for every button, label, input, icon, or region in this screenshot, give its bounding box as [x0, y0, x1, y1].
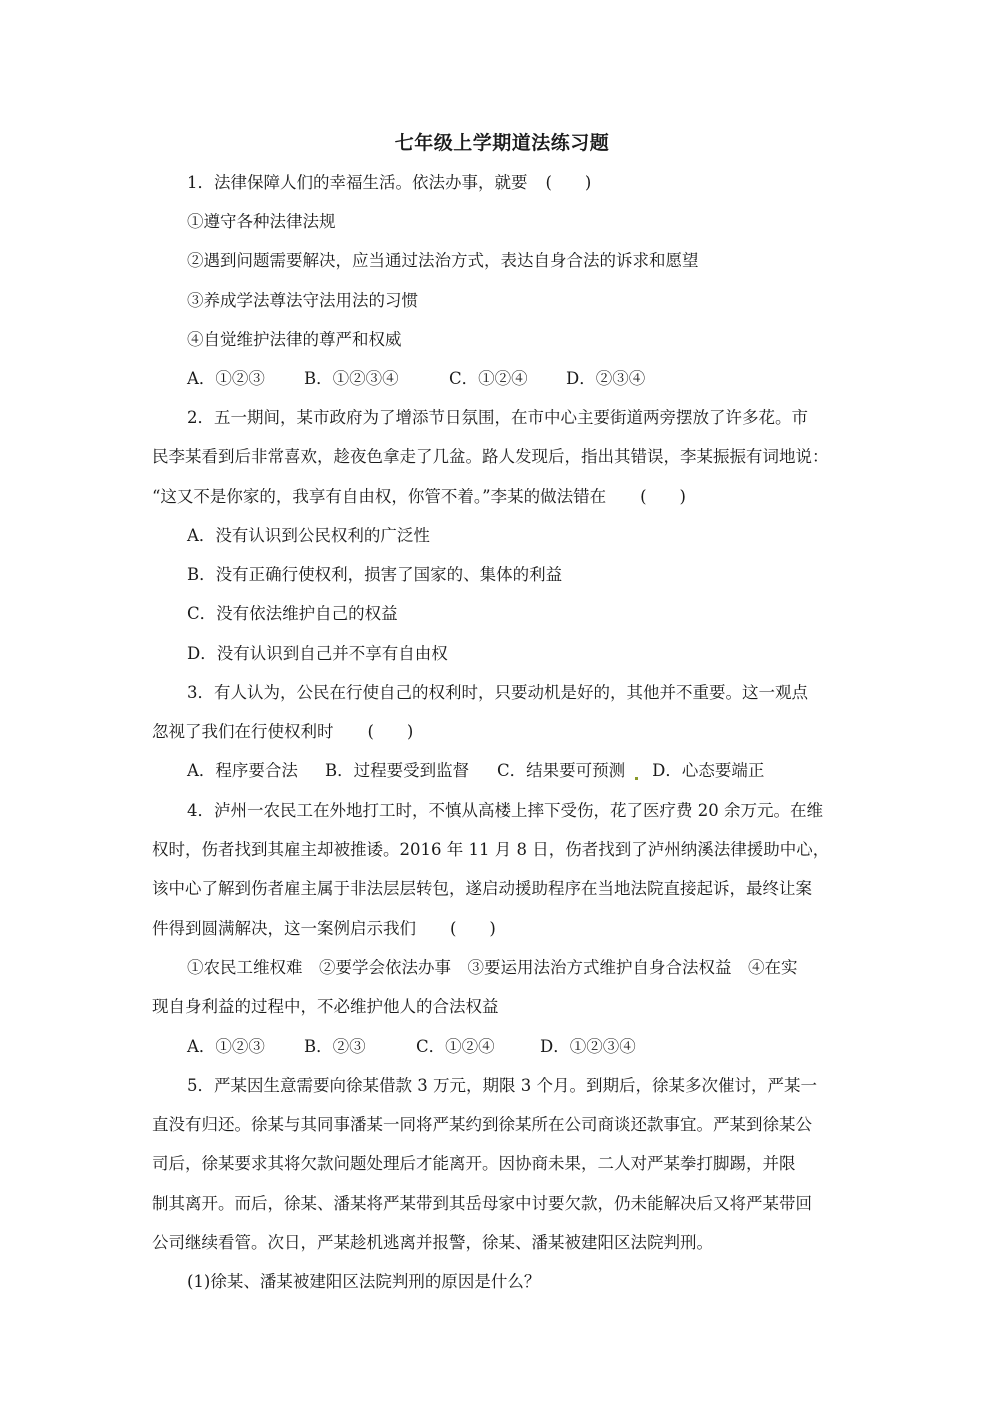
- q5-stem-line-2: 直没有归还。徐某与其同事潘某一同将严某约到徐某所在公司商谈还款事宜。严某到徐某公: [152, 1114, 812, 1136]
- q5-stem-line-5: 公司继续看管。次日，严某趁机逃离并报警，徐某、潘某被建阳区法院判刑。: [152, 1232, 713, 1254]
- q1-item-2: ②遇到问题需要解决，应当通过法治方式，表达自身合法的诉求和愿望: [187, 250, 699, 272]
- q1-item-4: ④自觉维护法律的尊严和权威: [187, 329, 402, 351]
- q2-option-d: D．没有认识到自己并不享有自由权: [187, 643, 448, 665]
- q2-option-b: B．没有正确行使权利，损害了国家的、集体的利益: [187, 564, 562, 586]
- q1-stem: 1．法律保障人们的幸福生活。依法办事，就要( ): [187, 172, 591, 194]
- option-d: D．②③④: [566, 368, 645, 390]
- option-d: D．心态要端正: [652, 760, 764, 782]
- q2-stem-line-1: 2．五一期间，某市政府为了增添节日氛围，在市中心主要街道两旁摆放了许多花。市: [187, 407, 808, 429]
- q4-stem-line-3: 该中心了解到伤者雇主属于非法层层转包，遂启动援助程序在当地法院直接起诉，最终让案: [152, 878, 812, 900]
- q4-stem-line-4: 件得到圆满解决，这一案例启示我们( ): [152, 918, 496, 940]
- q2-stem-line-3: “这又不是你家的，我享有自由权，你管不着。”李某的做法错在( ): [152, 486, 686, 508]
- stray-mark: [635, 777, 638, 780]
- option-c: C．①②④: [449, 368, 566, 390]
- q4-stem-line-2: 权时，伤者找到其雇主却被推诿。2016 年 11 月 8 日，伤者找到了泸州纳溪…: [152, 839, 829, 861]
- answer-blank: ( ): [368, 721, 414, 743]
- q1-options: A．①②③B．①②③④C．①②④D．②③④: [187, 368, 645, 390]
- option-b: B．过程要受到监督: [325, 760, 497, 782]
- answer-blank: ( ): [640, 486, 686, 508]
- q4-stem-line-1: 4．泸州一农民工在外地打工时，不慎从高楼上摔下受伤，花了医疗费 20 余万元。在…: [187, 800, 823, 822]
- option-b: B．②③: [304, 1036, 416, 1058]
- answer-blank: ( ): [450, 918, 496, 940]
- option-a: A．程序要合法: [187, 760, 325, 782]
- q5-stem-line-3: 司后，徐某要求其将欠款问题处理后才能离开。因协商未果，二人对严某拳打脚踢，并限: [152, 1153, 796, 1175]
- q1-item-3: ③养成学法尊法守法用法的习惯: [187, 290, 418, 312]
- answer-blank: ( ): [546, 172, 592, 194]
- option-a: A．①②③: [187, 368, 304, 390]
- q3-options: A．程序要合法B．过程要受到监督C．结果要可预测D．心态要端正: [187, 760, 764, 782]
- option-d: D．①②③④: [540, 1036, 636, 1058]
- option-b: B．①②③④: [304, 368, 449, 390]
- q2-option-c: C．没有依法维护自己的权益: [187, 603, 398, 625]
- option-c: C．结果要可预测: [497, 760, 625, 782]
- q5-stem-line-4: 制其离开。而后，徐某、潘某将严某带到其岳母家中讨要欠款，仍未能解决后又将严某带回: [152, 1193, 812, 1215]
- q2-stem-line-2: 民李某看到后非常喜欢，趁夜色拿走了几盆。路人发现后，指出其错误，李某振振有词地说…: [152, 446, 829, 468]
- q3-stem-line-2: 忽视了我们在行使权利时( ): [152, 721, 413, 743]
- option-c: C．①②④: [416, 1036, 540, 1058]
- q4-items-line-2: 现自身利益的过程中，不必维护他人的合法权益: [152, 996, 499, 1018]
- q4-items-line-1: ①农民工维权难 ②要学会依法办事 ③要运用法治方式维护自身合法权益 ④在实: [187, 957, 798, 979]
- q1-item-1: ①遵守各种法律法规: [187, 211, 336, 233]
- q2-option-a: A．没有认识到公民权利的广泛性: [187, 525, 430, 547]
- q5-stem-line-1: 5．严某因生意需要向徐某借款 3 万元，期限 3 个月。到期后，徐某多次催讨，严…: [187, 1075, 817, 1097]
- q4-options: A．①②③B．②③C．①②④D．①②③④: [187, 1036, 636, 1058]
- page-title: 七年级上学期道法练习题: [152, 128, 852, 155]
- q5-sub-question-1: (1)徐某、潘某被建阳区法院判刑的原因是什么？: [187, 1271, 540, 1293]
- option-a: A．①②③: [187, 1036, 304, 1058]
- q3-stem-line-1: 3．有人认为，公民在行使自己的权利时，只要动机是好的，其他并不重要。这一观点: [187, 682, 808, 704]
